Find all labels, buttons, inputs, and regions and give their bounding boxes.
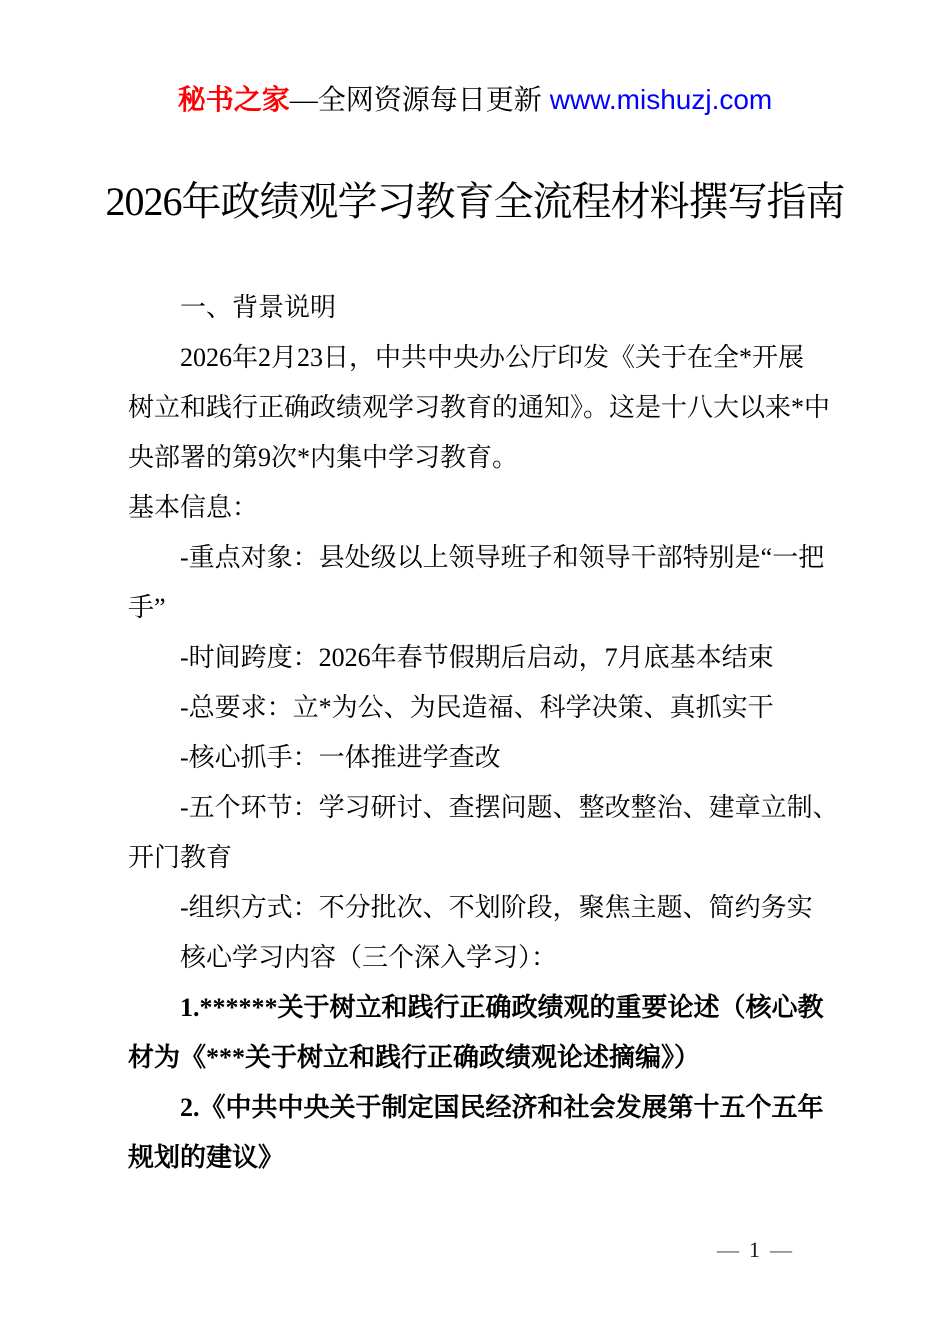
line-text: 央部署的第9次*内集中学习教育。 xyxy=(128,443,518,472)
site-header: 秘书之家—全网资源每日更新www.mishuzj.com xyxy=(0,84,950,117)
line-text: 基本信息： xyxy=(128,493,258,522)
brand-text: 秘书之家 xyxy=(178,85,290,116)
body-line: 1.******关于树立和践行正确政绩观的重要论述（核心教 xyxy=(128,983,822,1033)
body-line: 树立和践行正确政绩观学习教育的通知》。这是十八大以来*中 xyxy=(128,383,822,433)
body-line: -组织方式：不分批次、不划阶段，聚焦主题、简约务实 xyxy=(128,883,822,933)
body-line: 材为《***关于树立和践行正确政绩观论述摘编》） xyxy=(128,1033,822,1083)
header-dash: — xyxy=(290,85,318,116)
body-line: 手” xyxy=(128,583,822,633)
document-page: 秘书之家—全网资源每日更新www.mishuzj.com 2026年政绩观学习教… xyxy=(0,0,950,1344)
line-text: 手” xyxy=(128,593,166,622)
body-line: 央部署的第9次*内集中学习教育。 xyxy=(128,433,822,483)
body-line: 一、背景说明 xyxy=(128,283,822,333)
body-line: -重点对象：县处级以上领导班子和领导干部特别是“一把 xyxy=(128,533,822,583)
line-text: -组织方式：不分批次、不划阶段，聚焦主题、简约务实 xyxy=(180,893,813,922)
line-number-prefix: 2. xyxy=(180,1093,200,1122)
line-text: -重点对象：县处级以上领导班子和领导干部特别是“一把 xyxy=(180,543,824,572)
page-title: 2026年政绩观学习教育全流程材料撰写指南 xyxy=(0,176,950,228)
line-text: -时间跨度：2026年春节假期后启动，7月底基本结束 xyxy=(180,643,774,672)
body-line: 核心学习内容（三个深入学习）： xyxy=(128,933,822,983)
body-line: 基本信息： xyxy=(128,483,822,533)
line-text: -核心抓手：一体推进学查改 xyxy=(180,743,501,772)
body-line: 开门教育 xyxy=(128,833,822,883)
body-line: 规划的建议》 xyxy=(128,1133,822,1183)
line-text: 核心学习内容（三个深入学习）： xyxy=(180,943,557,972)
body-line: -核心抓手：一体推进学查改 xyxy=(128,733,822,783)
line-text: 2026年2月23日，中共中央办公厅印发《关于在全*开展 xyxy=(180,343,804,372)
page-footer: —1— xyxy=(0,1236,802,1264)
header-tagline: 全网资源每日更新 xyxy=(318,85,542,116)
line-text: 规划的建议》 xyxy=(128,1143,284,1172)
line-number-prefix: 1. xyxy=(180,993,200,1022)
body-line: 2026年2月23日，中共中央办公厅印发《关于在全*开展 xyxy=(128,333,822,383)
line-text: -总要求：立*为公、为民造福、科学决策、真抓实干 xyxy=(180,693,774,722)
header-url: www.mishuzj.com xyxy=(550,84,772,115)
line-text: ******关于树立和践行正确政绩观的重要论述（核心教 xyxy=(200,993,824,1022)
footer-dash-right: — xyxy=(770,1237,792,1262)
line-text: -五个环节：学习研讨、查摆问题、整改整治、建章立制、 xyxy=(180,793,839,822)
line-text: 材为《***关于树立和践行正确政绩观论述摘编》） xyxy=(128,1043,700,1072)
line-text: 《中共中央关于制定国民经济和社会发展第十五个五年 xyxy=(200,1093,824,1122)
page-number: 1 xyxy=(749,1237,760,1262)
line-text: 一、背景说明 xyxy=(180,293,336,322)
line-text: 开门教育 xyxy=(128,843,232,872)
body-line: -时间跨度：2026年春节假期后启动，7月底基本结束 xyxy=(128,633,822,683)
line-text: 树立和践行正确政绩观学习教育的通知》。这是十八大以来*中 xyxy=(128,393,830,422)
body-line: -总要求：立*为公、为民造福、科学决策、真抓实干 xyxy=(128,683,822,733)
body-line: 2.《中共中央关于制定国民经济和社会发展第十五个五年 xyxy=(128,1083,822,1133)
body-line: -五个环节：学习研讨、查摆问题、整改整治、建章立制、 xyxy=(128,783,822,833)
footer-dash-left: — xyxy=(717,1237,739,1262)
document-body: 一、背景说明2026年2月23日，中共中央办公厅印发《关于在全*开展树立和践行正… xyxy=(128,283,822,1183)
